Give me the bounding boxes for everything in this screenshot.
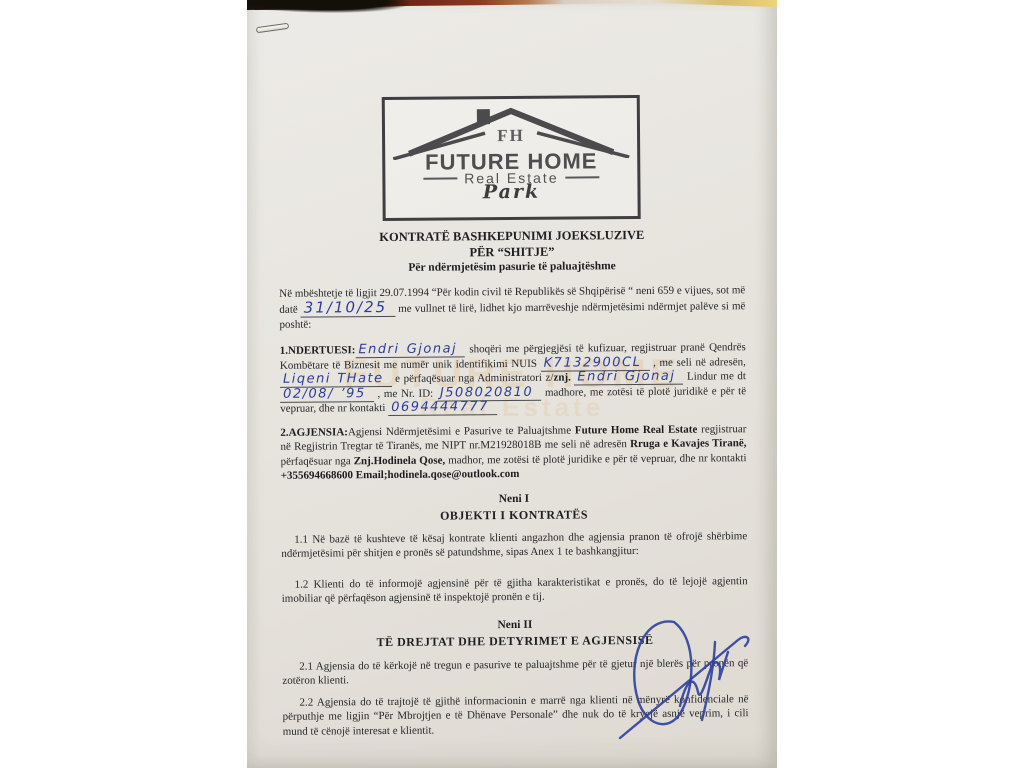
handwritten-admin-name: Endri Gjonaj <box>574 369 683 386</box>
ndertuesi-text-3: e përfaqësuar nga Administratori z/ <box>392 372 554 385</box>
neni1-subheading: OBJEKTI I KONTRATËS <box>281 506 747 524</box>
handwritten-builder-name: Endri Gjonaj <box>355 341 465 358</box>
handwritten-address: Liqeni THate <box>280 371 392 388</box>
logo-dash-right <box>566 176 600 178</box>
agjensia-address: Rruga e Kavajes Tiranë, <box>630 437 746 450</box>
signature-ink <box>612 608 770 756</box>
ndertuesi-text-5: , me Nr. ID: <box>374 387 437 399</box>
contract-title-line3: Për ndërmjetësim pasurie të paluajtëshme <box>279 258 745 277</box>
neni1-heading: Neni I <box>281 490 747 508</box>
handwritten-birthdate: 02/08/ ’95 <box>280 386 374 403</box>
ndertuesi-label: 1.NDERTUESI: <box>280 344 356 357</box>
agjensia-label: 2.AGJENSIA: <box>280 426 348 439</box>
agjensia-company-name: Future Home Real Estate <box>575 423 698 436</box>
ndertuesi-paragraph: 1.NDERTUESI:Endri Gjonaj shoqëri me përg… <box>280 340 747 416</box>
ndertuesi-text-3b: znj. <box>553 372 571 384</box>
agjensia-text-1: Agjensi Ndërmjetësimi e Pasurive te Palu… <box>348 424 575 438</box>
agjensia-text-4: madhor, me zotësi të plotë juridike e pë… <box>445 452 746 466</box>
ndertuesi-text-4: Lindur me dt <box>683 370 746 382</box>
clause-1-2: 1.2 Klienti do të informojë agjensinë pë… <box>282 574 748 607</box>
agjensia-text-3: përfaqësuar nga <box>281 455 354 468</box>
clause-1-1: 1.1 Në bazë të kushteve të kësaj kontrat… <box>281 529 747 562</box>
agjensia-contact: +355694668600 Email;hodinela.qose@outloo… <box>281 468 520 482</box>
logo-park: Park <box>385 184 637 200</box>
ndertuesi-text-2: , me seli në adresën, <box>649 356 746 369</box>
logo-box: FH FUTURE HOME Real Estate Park <box>382 95 641 221</box>
logo-roof-icon: FH <box>391 102 631 160</box>
agjensia-paragraph: 2.AGJENSIA:Agjensi Ndërmjetësimi e Pasur… <box>280 422 746 484</box>
intro-paragraph: Në mbështetje të ligjit 29.07.1994 “Për … <box>279 283 745 332</box>
logo-fh-monogram: FH <box>391 128 631 144</box>
agjensia-representative: Znj.Hodinela Qose, <box>354 454 446 467</box>
logo-dash-left <box>423 177 457 179</box>
contract-title: KONTRATË BASHKEPUNIMI JOEKSLUZIVE PËR “S… <box>279 227 745 277</box>
handwritten-phone: 0694444777 <box>388 399 497 416</box>
handwritten-date: 31/10/25 <box>301 298 396 318</box>
document-photo: FUTURE HOME Real Estate FH FUTURE HOME R… <box>247 0 777 768</box>
